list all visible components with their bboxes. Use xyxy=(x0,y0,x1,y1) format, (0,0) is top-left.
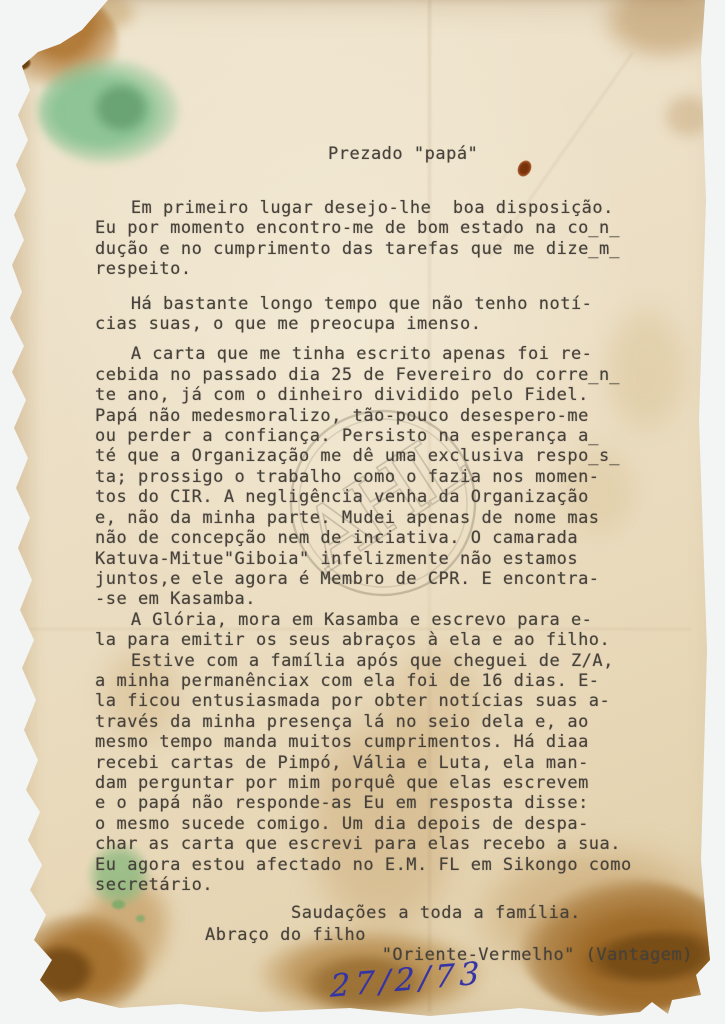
text-line: Em primeiro lugar desejo-lhe boa disposi… xyxy=(95,198,695,218)
text-line: recebi cartas de Pimpó, Vália e Luta, el… xyxy=(95,753,695,773)
paragraph: Há bastante longo tempo que não tenho no… xyxy=(95,294,695,335)
stain-speck-topleft xyxy=(12,55,32,72)
stain-green-top-core xyxy=(90,80,152,136)
text-line: a minha permanênciax com ela foi de 16 d… xyxy=(95,671,695,691)
text-line: dam perguntar por mim porquê que elas es… xyxy=(95,773,695,793)
stain-tan-topright xyxy=(598,0,725,62)
text-line: la ficou entusiasmada por obter notícias… xyxy=(95,691,695,711)
text-line: la para emitir os seus abraços à ela e a… xyxy=(95,630,695,650)
text-line: cebida no passado dia 25 de Fevereiro do… xyxy=(95,365,695,385)
text-line: te ano, já com o dinheiro dividido pelo … xyxy=(95,385,695,405)
text-line: ou perder a confiança. Persisto na esper… xyxy=(95,426,695,446)
text-line: tos do CIR. A negligência venha da Organ… xyxy=(95,487,695,507)
text-line: Eu por momento encontro-me de bom estado… xyxy=(95,218,695,238)
stain-brown-topleft-lite xyxy=(55,0,140,36)
stain-green-top xyxy=(38,58,180,164)
text-line: o mesmo sucede comigo. Um dia depois de … xyxy=(95,814,695,834)
letter-title: Prezado "papá" xyxy=(328,144,478,164)
stain-left-edge xyxy=(8,50,42,960)
text-line: dução e no cumprimento das tarefas que m… xyxy=(95,239,695,259)
paragraph: A carta que me tinha escrito apenas foi … xyxy=(95,344,695,609)
text-line: secretário. xyxy=(95,875,695,895)
signoff-line: Abraço do filho xyxy=(95,925,695,945)
text-line: té que a Organização me dê uma exclusiva… xyxy=(95,446,695,466)
salutation-line: Saudações a toda a família. xyxy=(95,903,695,923)
text-line: cias suas, o que me preocupa imenso. xyxy=(95,314,695,334)
letter-page: AHL Prezado "papá" Em primeiro lugar des… xyxy=(0,0,725,1024)
stain-brown-bottomleft-dark xyxy=(25,943,97,999)
text-line: Katuva-Mitue"Giboia" infelizmente não es… xyxy=(95,549,695,569)
letter-body: Em primeiro lugar desejo-lhe boa disposi… xyxy=(95,198,695,966)
paragraph: Estive com a família após que cheguei de… xyxy=(95,651,695,896)
text-line: e o papá não responde-as Eu em resposta … xyxy=(95,793,695,813)
text-line: través da minha presença lá no seio dela… xyxy=(95,712,695,732)
text-line: Papá não medesmoralizo, tão-pouco desesp… xyxy=(95,406,695,426)
scanned-letter: AHL Prezado "papá" Em primeiro lugar des… xyxy=(0,0,725,1024)
text-line: não de concepção nem de inciativa. O cam… xyxy=(95,528,695,548)
stain-brown-topleft xyxy=(0,0,136,113)
text-line: Há bastante longo tempo que não tenho no… xyxy=(95,294,695,314)
text-line: -se em Kasamba. xyxy=(95,589,695,609)
text-line: Eu agora estou afectado no E.M. FL em Si… xyxy=(95,855,695,875)
text-line: Estive com a família após que cheguei de… xyxy=(95,651,695,671)
text-line: char as carta que escrevi para elas rece… xyxy=(95,834,695,854)
text-line: juntos,e ele agora é Membro de CPR. E en… xyxy=(95,569,695,589)
paragraph: Em primeiro lugar desejo-lhe boa disposi… xyxy=(95,198,695,280)
text-line: A carta que me tinha escrito apenas foi … xyxy=(95,344,695,364)
text-line: respeito. xyxy=(95,259,695,279)
text-line: e, não da minha parte. Mudei apenas de n… xyxy=(95,508,695,528)
paragraph: A Glória, mora em Kasamba e escrevo para… xyxy=(95,610,695,651)
text-line: A Glória, mora em Kasamba e escrevo para… xyxy=(95,610,695,630)
text-line: ta; prossigo o trabalho como o fazia nos… xyxy=(95,467,695,487)
stain-tan-topright-2 xyxy=(662,92,714,140)
stain-speck-middle xyxy=(515,158,534,179)
text-line: mesmo tempo manda muitos cumprimentos. H… xyxy=(95,732,695,752)
